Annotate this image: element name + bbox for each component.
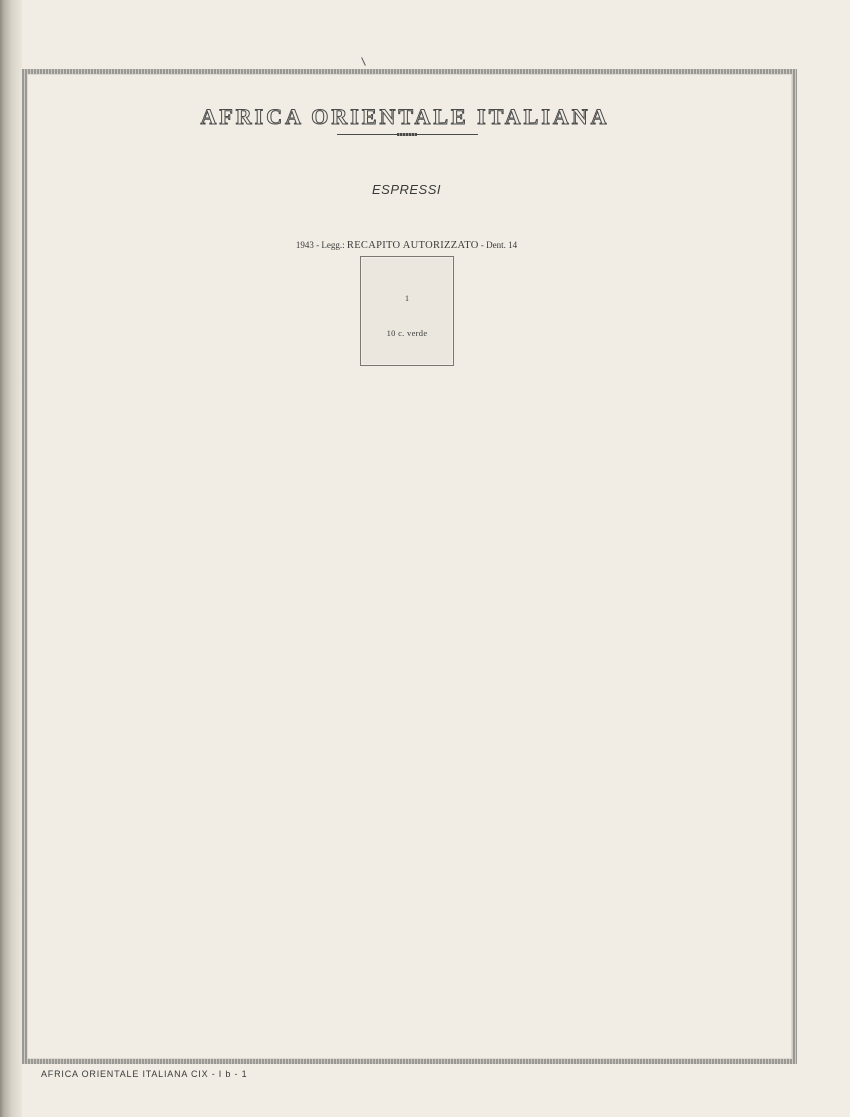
issue-caption: 1943 - Legg.: RECAPITO AUTORIZZATO - Den… xyxy=(0,240,813,251)
stamp-slot: 1 10 c. verde xyxy=(360,256,454,366)
page-title: AFRICA ORIENTALE ITALIANA xyxy=(0,104,810,130)
issue-separator: - xyxy=(481,240,484,250)
page-border-inner xyxy=(27,74,792,1059)
issue-legend-text: RECAPITO AUTORIZZATO xyxy=(347,240,479,251)
stamp-number: 1 xyxy=(361,294,453,303)
section-title: ESPRESSI xyxy=(0,182,813,197)
title-rule-ornament-icon xyxy=(397,133,417,136)
issue-year: 1943 xyxy=(296,240,314,250)
stamp-description: 10 c. verde xyxy=(361,328,453,338)
issue-separator: - xyxy=(316,240,319,250)
issue-perforation: Dent. 14 xyxy=(486,240,517,250)
page-footer: AFRICA ORIENTALE ITALIANA CIX - I b - 1 xyxy=(41,1069,247,1079)
issue-legend-label: Legg.: xyxy=(321,240,344,250)
album-spine-shadow xyxy=(0,0,22,1117)
paper-mark xyxy=(361,57,366,66)
